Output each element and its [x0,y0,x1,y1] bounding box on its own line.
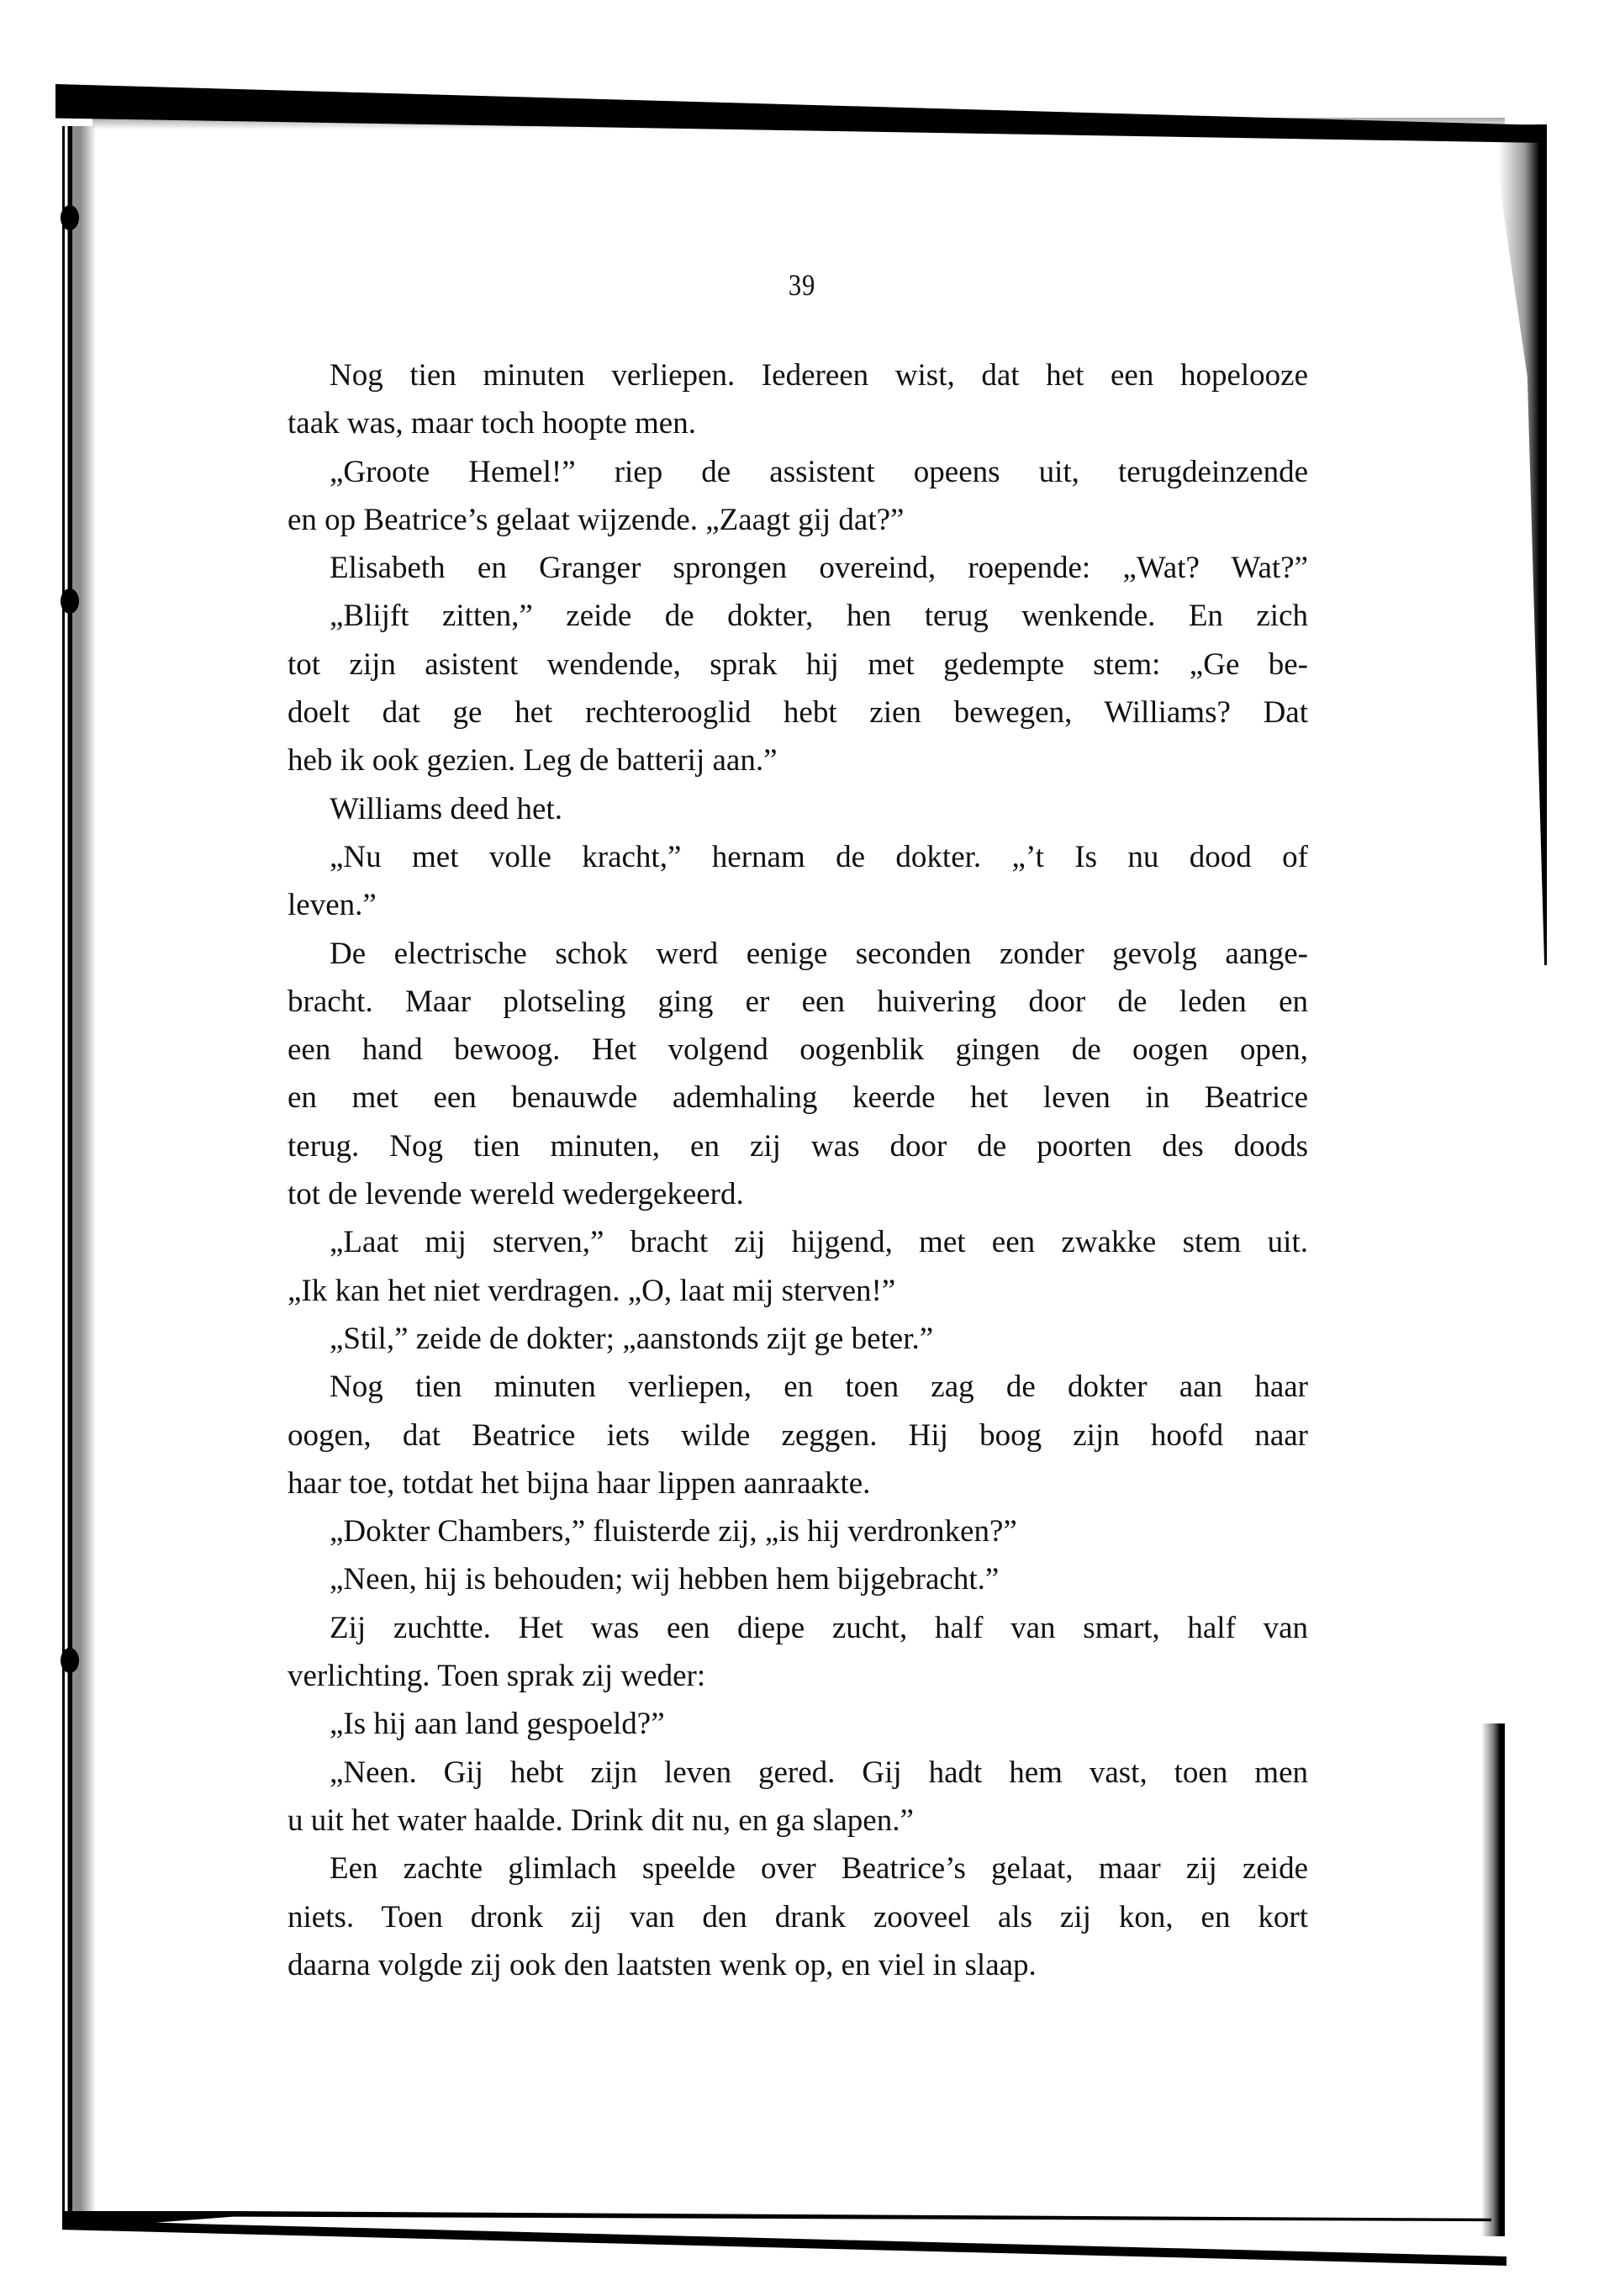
text-line: „Laat mij sterven,” bracht zij hijgend, … [288,1218,1308,1266]
text-line: taak was, maar toch hoopte men. [288,399,1308,447]
text-line: haar toe, totdat het bijna haar lippen a… [288,1459,1308,1507]
text-line: en met een benauwde ademhaling keerde he… [288,1074,1308,1122]
text-line: „Blijft zitten,” zeide de dokter, hen te… [288,592,1308,640]
text-line: Een zachte glimlach speelde over Beatric… [288,1845,1308,1892]
text-line: „Neen, hij is behouden; wij hebben hem b… [288,1555,1308,1603]
text-line: u uit het water haalde. Drink dit nu, en… [288,1797,1308,1845]
text-line: verlichting. Toen sprak zij weder: [288,1652,1308,1700]
text-line: Elisabeth en Granger sprongen overeind, … [288,544,1308,592]
text-line: leven.” [288,881,1308,929]
body-text: Nog tien minuten verliepen. Iedereen wis… [288,351,1308,1989]
text-line: Zij zuchtte. Het was een diepe zucht, ha… [288,1604,1308,1652]
text-line: terug. Nog tien minuten, en zij was door… [288,1122,1308,1170]
text-line: een hand bewoog. Het volgend oogenblik g… [288,1026,1308,1074]
page-right-lower-shadow [1481,1723,1505,2236]
text-line: tot de levende wereld wedergekeerd. [288,1170,1308,1218]
page-right-shadow-border [1498,124,1547,965]
page-number: 39 [120,267,1484,303]
text-line: daarna volgde zij ook den laatsten wenk … [288,1941,1308,1989]
page-top-fuzz [92,118,1505,129]
text-line: tot zijn asistent wendende, sprak hij me… [288,641,1308,689]
text-line: Williams deed het. [288,785,1308,833]
text-line: niets. Toen dronk zij van den drank zoov… [288,1893,1308,1941]
binding-mark [61,589,79,614]
text-line: „Neen. Gij hebt zijn leven gered. Gij ha… [288,1749,1308,1797]
page-left-binding-edge [62,126,96,2228]
text-line: De electrische schok werd eenige seconde… [288,930,1308,978]
text-line: „Ik kan het niet verdragen. „O, laat mij… [288,1267,1308,1315]
text-line: en op Beatrice’s gelaat wijzende. „Zaagt… [288,496,1308,544]
binding-mark [61,205,79,230]
text-line: „Dokter Chambers,” fluisterde zij, „is h… [288,1507,1308,1555]
text-line: „Groote Hemel!” riep de assistent opeens… [288,448,1308,496]
text-line: „Nu met volle kracht,” hernam de dokter.… [288,833,1308,881]
page-top-shadow-border [55,84,1543,143]
text-line: Nog tien minuten verliepen. Iedereen wis… [288,351,1308,399]
text-line: Nog tien minuten verliepen, en toen zag … [288,1363,1308,1411]
text-line: „Stil,” zeide de dokter; „aanstonds zijt… [288,1315,1308,1363]
text-line: oogen, dat Beatrice iets wilde zeggen. H… [288,1412,1308,1459]
binding-mark [61,1648,79,1673]
text-line: doelt dat ge het rechterooglid hebt zien… [288,689,1308,736]
scanned-page: 39 Nog tien minuten verliepen. Iedereen … [0,0,1604,2296]
text-line: heb ik ook gezien. Leg de batterij aan.” [288,736,1308,784]
text-line: „Is hij aan land gespoeld?” [288,1700,1308,1748]
text-line: bracht. Maar plotseling ging er een huiv… [288,978,1308,1026]
page-bottom-shadow [62,2219,1506,2266]
